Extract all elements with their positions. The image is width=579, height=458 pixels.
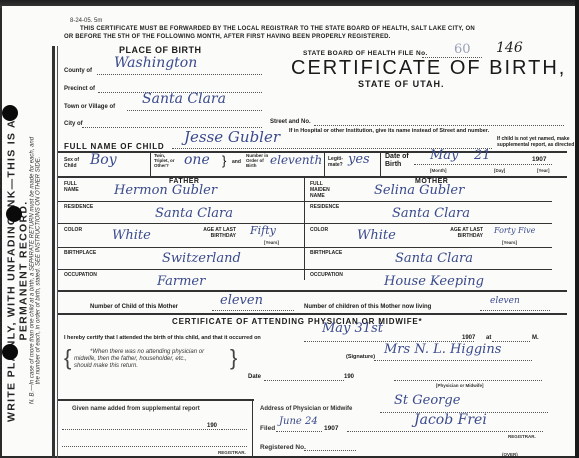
margin-instructions-note: the number of each, in order of birth, s… [36, 81, 42, 458]
notice-line-1: THIS CERTIFICATE MUST BE FORWARDED BY TH… [80, 26, 475, 32]
certificate-title: CERTIFICATE OF BIRTH, [291, 57, 566, 80]
dob-year: 1907 [532, 156, 546, 163]
mother-occupation-value: House Keeping [384, 274, 484, 289]
father-age-caption: [Years] [264, 240, 279, 245]
punch-hole-icon [2, 105, 18, 121]
sex-label: Sex of Child [64, 157, 86, 169]
at-label: at [486, 335, 491, 341]
signature-value: Mrs N. L. Higgins [384, 342, 501, 357]
time-line [492, 333, 530, 342]
attending-heading: CERTIFICATE OF ATTENDING PHYSICIAN OR MI… [172, 317, 422, 326]
order-label: Number in Order of Birth [246, 153, 270, 168]
parents-column-divider [304, 178, 305, 280]
signature-label: (Signature) [346, 354, 375, 360]
scan-right-edge [575, 0, 579, 458]
dob-day-caption: [Day] [494, 168, 505, 173]
file-no-label: STATE BOARD OF HEALTH FILE No. [303, 50, 428, 57]
date-year: 190 [344, 374, 354, 380]
children-living-label: Number of children of this Mother now li… [304, 304, 431, 310]
registrar-signature: Jacob Frei [414, 412, 487, 428]
row-divider [58, 269, 304, 270]
role-line [394, 372, 542, 381]
father-residence-value: Santa Clara [155, 206, 233, 221]
registrar-caption: REGISTRAR. [508, 434, 536, 439]
margin-rule-inner [57, 46, 58, 458]
row-divider [58, 201, 304, 202]
left-brace-icon: { [64, 347, 71, 369]
birth-certificate-page: MARGIN RESERVED FOR BINDING. WRITE PLAIN… [2, 6, 575, 456]
occurred-year: 1907 [462, 335, 475, 341]
punch-hole-icon [6, 206, 22, 222]
hospital-note: If in Hospital or other Institution, giv… [289, 128, 489, 134]
street-line [314, 117, 564, 126]
town-value: Santa Clara [142, 91, 226, 107]
father-age-value: Fifty [250, 224, 276, 237]
father-occupation-label: OCCUPATION [64, 272, 97, 278]
mother-age-label: AGE AT LAST BIRTHDAY [439, 227, 483, 239]
child-name-value: Jesse Gubler [184, 128, 280, 146]
margin-ink-note: WRITE PLAINLY, WITH UNFADING INK—THIS IS… [6, 81, 30, 458]
supplemental-box-right [252, 399, 253, 458]
supplemental-name-line [62, 421, 222, 430]
mother-color-label: COLOR [310, 227, 328, 233]
county-value: Washington [114, 55, 197, 71]
father-birthplace-value: Switzerland [162, 251, 241, 266]
mother-age-value: Forty Five [494, 226, 535, 235]
father-occupation-value: Farmer [157, 274, 205, 289]
mother-color-value: White [357, 228, 396, 243]
form-code: 8-24-05. 5m [70, 18, 102, 24]
row-divider [304, 201, 552, 202]
file-no-extra: 146 [496, 40, 523, 56]
father-birthplace-label: BIRTHPLACE [64, 250, 96, 256]
place-of-birth-heading: PLACE OF BIRTH [119, 45, 202, 55]
certify-text: I hereby certify that I attended the bir… [64, 335, 261, 341]
over-label: (OVER) [502, 452, 518, 457]
margin-rule [52, 46, 55, 458]
father-name-value: Hermon Gubler [114, 183, 217, 198]
father-color-label: COLOR [64, 227, 82, 233]
dob-month: May [430, 148, 458, 163]
cell-divider [324, 151, 325, 176]
precinct-label: Precinct of [64, 86, 95, 92]
row-divider [58, 247, 304, 248]
mother-occupation-label: OCCUPATION [310, 272, 343, 278]
father-color-value: White [112, 228, 151, 243]
mother-residence-label: RESIDENCE [310, 204, 339, 210]
sex-value: Boy [90, 152, 117, 168]
dob-year-caption: [Year] [537, 168, 550, 173]
mother-age-caption: [Years] [502, 240, 517, 245]
supplemental-registrar-caption: REGISTRAR. [218, 450, 246, 455]
and-label: and [232, 159, 241, 165]
supplemental-box-top [58, 399, 254, 401]
children-living-value: eleven [490, 296, 520, 306]
father-age-label: AGE AT LAST BIRTHDAY [192, 227, 236, 239]
legit-label: Legiti-mate? [328, 156, 348, 168]
mother-residence-value: Santa Clara [392, 206, 470, 221]
registered-line [304, 442, 356, 451]
dob-month-caption: [Month] [430, 168, 447, 173]
row-divider [304, 247, 552, 248]
cell-divider [150, 151, 151, 176]
date-label: Date [248, 374, 261, 380]
row-divider [304, 223, 552, 224]
binding-margin-text: MARGIN RESERVED FOR BINDING. WRITE PLAIN… [0, 81, 42, 458]
filed-value: June 24 [279, 416, 318, 427]
order-value: eleventh [270, 153, 322, 167]
registered-label: Registered No. [260, 444, 306, 451]
section-divider [58, 290, 567, 292]
occurred-date: May 31st [322, 321, 383, 336]
legit-value: yes [348, 152, 370, 167]
section-divider [58, 313, 567, 315]
mother-birthplace-label: BIRTHPLACE [310, 250, 342, 256]
address-value: St George [394, 393, 460, 408]
father-residence-label: RESIDENCE [64, 204, 93, 210]
brace-icon: } [222, 153, 226, 168]
supplemental-year: 190 [207, 423, 217, 429]
child-name-label: FULL NAME OF CHILD [64, 142, 164, 151]
notice-line-2: OR BEFORE THE 5TH OF THE FOLLOWING MONTH… [64, 34, 391, 40]
filed-label: Filed [260, 425, 275, 432]
right-brace-icon: } [230, 347, 237, 369]
file-no-value: 60 [454, 42, 471, 57]
twin-value: one [184, 152, 210, 168]
father-name-label: FULL NAME [64, 181, 86, 193]
certificate-subtitle: STATE OF UTAH. [358, 79, 445, 89]
town-label: Town or Village of [64, 104, 115, 110]
mother-birthplace-value: Santa Clara [395, 251, 473, 266]
county-label: County of [64, 68, 92, 74]
m-label: M. [532, 335, 539, 341]
twin-label: Twin, Triplet, or Other? [154, 153, 180, 168]
city-line [82, 119, 262, 128]
margin-binding-note: MARGIN RESERVED FOR BINDING. [0, 81, 5, 458]
date-line [264, 372, 344, 381]
row-divider [304, 269, 552, 270]
dob-label: Date of Birth [385, 153, 415, 169]
supplemental-year-line [222, 421, 247, 430]
mother-name-value: Selina Gubler [374, 183, 464, 198]
cell-divider [380, 151, 381, 176]
role-caption: [Physician or Midwife] [436, 383, 484, 388]
city-label: City of [64, 121, 83, 127]
mother-name-label: FULL MAIDEN NAME [310, 181, 338, 199]
punch-hole-icon [2, 344, 18, 360]
dob-day: 21 [474, 148, 491, 163]
child-number-label: Number of Child of this Mother [90, 304, 178, 310]
no-physician-note: *When there was no attending physician o… [74, 349, 204, 370]
address-label: Address of Physician or Midwife [260, 406, 352, 412]
street-label: Street and No. [270, 119, 311, 125]
supplemental-name-label: Given name added from supplemental repor… [72, 406, 200, 412]
unnamed-note: If child is not yet named, make suppleme… [497, 136, 574, 148]
child-number-value: eleven [220, 293, 263, 308]
filed-year: 1907 [324, 425, 338, 432]
section-divider [58, 176, 567, 178]
supplemental-registrar-line [62, 438, 247, 447]
